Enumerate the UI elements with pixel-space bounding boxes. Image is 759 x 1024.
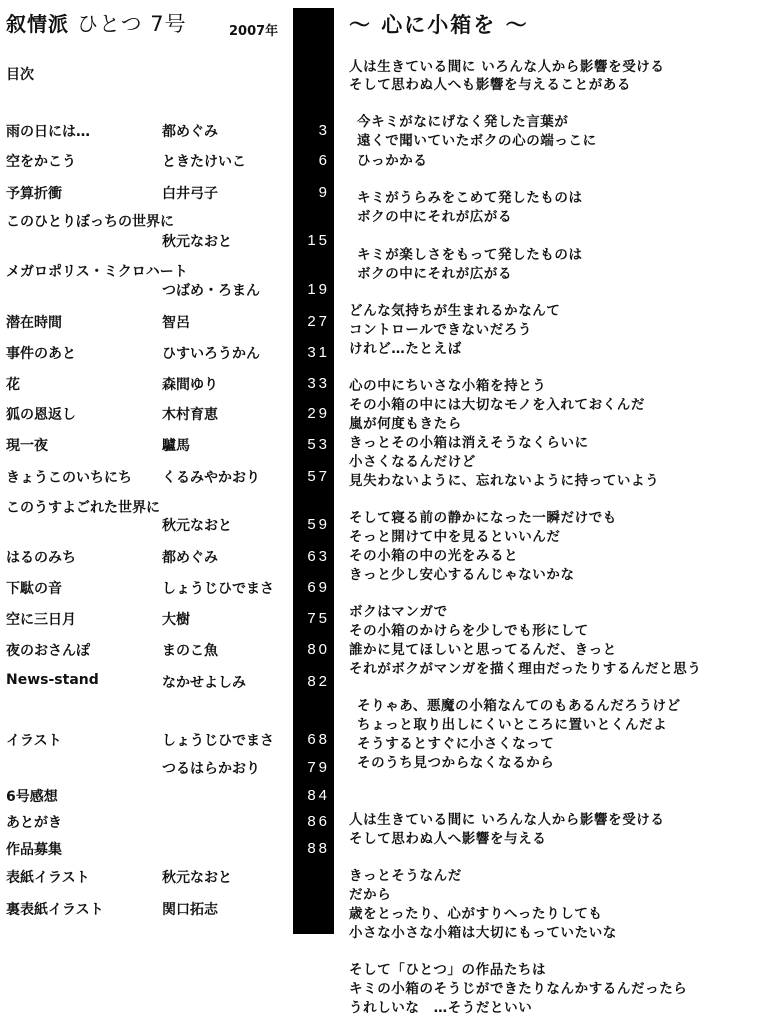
toc-entry-author: なかせよしみ bbox=[162, 672, 246, 692]
issue-year: 2007年 bbox=[229, 20, 278, 39]
toc-entry-page: 27 bbox=[293, 313, 330, 330]
toc-entry-author: 秋元なおと bbox=[162, 867, 232, 887]
toc-entry-author: 白井弓子 bbox=[162, 183, 218, 203]
toc-entry-title: イラスト bbox=[6, 730, 62, 750]
poem-line: そうするとすぐに小さくなって bbox=[357, 732, 554, 752]
poem-line: きっとそうなんだ bbox=[349, 864, 462, 884]
poem-line: どんな気持ちが生まれるかなんて bbox=[349, 299, 561, 319]
toc-entry-page: 80 bbox=[293, 641, 330, 658]
toc-entry-page: 29 bbox=[293, 405, 330, 422]
toc-entry-author: 大樹 bbox=[162, 609, 190, 629]
toc-entry-author: 驢馬 bbox=[162, 435, 190, 455]
poem-line: 人は生きている間に いろんな人から影響を受ける bbox=[349, 808, 665, 828]
toc-entry-author: くるみやかおり bbox=[162, 467, 260, 487]
toc-entry-title: 下駄の音 bbox=[6, 578, 62, 598]
toc-entry-title: 空に三日月 bbox=[6, 609, 76, 629]
poem-line: 嵐が何度もきたら bbox=[349, 412, 462, 432]
toc-entry-author: 関口拓志 bbox=[162, 899, 218, 919]
toc-entry-page: 75 bbox=[293, 610, 330, 627]
poem-line: けれど…たとえば bbox=[349, 337, 462, 357]
poem-line: 心の中にちいさな小箱を持とう bbox=[349, 374, 546, 394]
poem-line: 歳をとったり、心がすりへったりしても bbox=[349, 902, 603, 922]
toc-entry-page: 69 bbox=[293, 579, 330, 596]
poem-line: きっとその小箱は消えそうなくらいに bbox=[349, 431, 589, 451]
toc-entry-title: 雨の日には… bbox=[6, 121, 90, 141]
toc-entry-title: 予算折衝 bbox=[6, 183, 62, 203]
poem-line: 今キミがなにげなく発した言葉が bbox=[357, 110, 569, 130]
toc-entry-title: 現一夜 bbox=[6, 435, 48, 455]
toc-entry-page: 19 bbox=[293, 281, 330, 298]
toc-entry-page: 59 bbox=[293, 516, 330, 533]
toc-entry-title: 表紙イラスト bbox=[6, 867, 90, 887]
toc-entry-title: 空をかこう bbox=[6, 151, 76, 171]
toc-entry-page: 33 bbox=[293, 375, 330, 392]
poem-line: 小さくなるんだけど bbox=[349, 450, 476, 470]
toc-entry-page: 57 bbox=[293, 468, 330, 485]
toc-entry-author: 秋元なおと bbox=[162, 231, 232, 251]
poem-line: 人は生きている間に いろんな人から影響を受ける bbox=[349, 55, 665, 75]
poem-line: その小箱の中には大切なモノを入れておくんだ bbox=[349, 393, 645, 413]
toc-entry-title: 潜在時間 bbox=[6, 312, 62, 332]
poem-line: そりゃあ、悪魔の小箱なんてのもあるんだろうけど bbox=[357, 694, 681, 714]
poem-line: その小箱の中の光をみると bbox=[349, 544, 518, 564]
toc-entry-author: ひすいろうかん bbox=[162, 343, 260, 363]
poem-line: きっと少し安心するんじゃないかな bbox=[349, 563, 575, 583]
poem-line: そのうち見つからなくなるから bbox=[357, 751, 554, 771]
issue-title: ひとつ 7号 bbox=[77, 12, 187, 36]
toc-entry-title: 事件のあと bbox=[6, 343, 76, 363]
series-name: 叙情派 bbox=[6, 12, 69, 36]
toc-entry-author: 智呂 bbox=[162, 312, 190, 332]
toc-entry-title: 6号感想 bbox=[6, 786, 58, 806]
toc-entry-title: あとがき bbox=[6, 812, 62, 832]
poem-line: 小さな小さな小箱は大切にもっていたいな bbox=[349, 921, 617, 941]
toc-entry-author: 森間ゆり bbox=[162, 374, 218, 394]
toc-entry-title: はるのみち bbox=[6, 547, 76, 567]
poem-line: キミがうらみをこめて発したものは bbox=[357, 186, 583, 206]
poem-line: 誰かに見てほしいと思ってるんだ、きっと bbox=[349, 638, 617, 658]
toc-entry-author: しょうじひでまさ bbox=[162, 730, 274, 750]
magazine-header: 叙情派ひとつ 7号 bbox=[6, 8, 187, 38]
poem-line: そして寝る前の静かになった一瞬だけでも bbox=[349, 506, 617, 526]
poem-line: それがボクがマンガを描く理由だったりするんだと思う bbox=[349, 657, 702, 677]
toc-entry-author: 都めぐみ bbox=[162, 547, 218, 567]
toc-entry-title: メガロポリス・ミクロハート bbox=[6, 261, 188, 281]
poem-line: コントロールできないだろう bbox=[349, 318, 532, 338]
toc-entry-page: 86 bbox=[293, 813, 330, 830]
toc-entry-author: 秋元なおと bbox=[162, 515, 232, 535]
toc-entry-author: 木村育恵 bbox=[162, 404, 218, 424]
poem-line: ボクの中にそれが広がる bbox=[357, 262, 512, 282]
poem-line: ひっかかる bbox=[357, 149, 428, 169]
toc-entry-title: News-stand bbox=[6, 672, 99, 688]
poem-line: そして思わぬ人へも影響を与えることがある bbox=[349, 73, 631, 93]
toc-entry-page: 3 bbox=[293, 122, 330, 139]
poem-line: その小箱のかけらを少しでも形にして bbox=[349, 619, 589, 639]
poem-line: そして思わぬ人へ影響を与える bbox=[349, 827, 546, 847]
poem-line: そして「ひとつ」の作品たちは bbox=[349, 958, 546, 978]
poem-title: ～ 心に小箱を ～ bbox=[349, 9, 529, 39]
toc-entry-title: 夜のおさんぽ bbox=[6, 640, 90, 660]
poem-line: 遠くで聞いていたボクの心の端っこに bbox=[357, 129, 597, 149]
toc-entry-page: 88 bbox=[293, 840, 330, 857]
toc-entry-author: つばめ・ろまん bbox=[162, 280, 260, 300]
toc-entry-title: 作品募集 bbox=[6, 839, 62, 859]
poem-line: うれしいな …そうだといい bbox=[349, 996, 532, 1016]
toc-heading: 目次 bbox=[6, 64, 34, 84]
toc-entry-page: 9 bbox=[293, 184, 330, 201]
toc-entry-title: きょうこのいちにち bbox=[6, 467, 132, 487]
toc-entry-author: しょうじひでまさ bbox=[162, 578, 274, 598]
poem-line: だから bbox=[349, 883, 391, 903]
poem-line: ボクの中にそれが広がる bbox=[357, 205, 512, 225]
poem-line: ちょっと取り出しにくいところに置いとくんだよ bbox=[357, 713, 667, 733]
poem-line: 見失わないように、忘れないように持っていよう bbox=[349, 469, 659, 489]
toc-entry-page: 82 bbox=[293, 673, 330, 690]
toc-entry-author: まのこ魚 bbox=[162, 640, 218, 660]
toc-entry-title: このうすよごれた世界に bbox=[6, 497, 160, 517]
toc-entry-page: 68 bbox=[293, 731, 330, 748]
toc-entry-title: このひとりぼっちの世界に bbox=[6, 211, 174, 231]
poem-line: そっと開けて中を見るといいんだ bbox=[349, 525, 561, 545]
toc-entry-page: 79 bbox=[293, 759, 330, 776]
toc-entry-title: 裏表紙イラスト bbox=[6, 899, 104, 919]
toc-entry-title: 狐の恩返し bbox=[6, 404, 76, 424]
toc-entry-page: 63 bbox=[293, 548, 330, 565]
poem-line: キミが楽しさをもって発したものは bbox=[357, 243, 583, 263]
poem-line: キミの小箱のそうじができたりなんかするんだったら bbox=[349, 977, 687, 997]
toc-entry-page: 84 bbox=[293, 787, 330, 804]
toc-entry-author: ときたけいこ bbox=[162, 151, 246, 171]
toc-entry-page: 6 bbox=[293, 152, 330, 169]
poem-line: ボクはマンガで bbox=[349, 600, 448, 620]
toc-entry-title: 花 bbox=[6, 374, 20, 394]
toc-entry-page: 15 bbox=[293, 232, 330, 249]
toc-entry-page: 31 bbox=[293, 344, 330, 361]
toc-entry-author: 都めぐみ bbox=[162, 121, 218, 141]
toc-entry-page: 53 bbox=[293, 436, 330, 453]
toc-entry-author: つるはらかおり bbox=[162, 758, 260, 778]
